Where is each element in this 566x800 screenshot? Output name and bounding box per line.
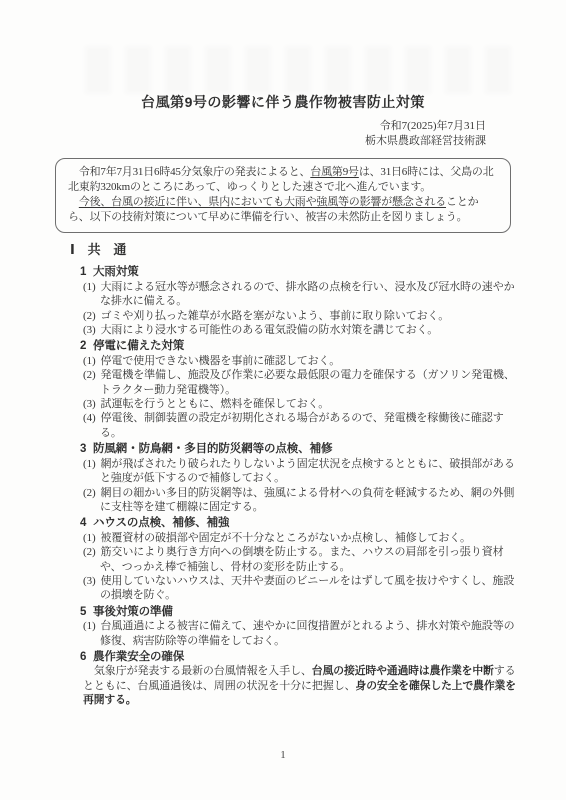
intro-paragraph-2: 今後、台風の接近に伴い、県内においても大雨や強風等の影響が懸念されることから、以… [68,195,499,225]
intro-p1-underlined: 台風第9号 [310,166,359,178]
list-item: (1)被覆資材の破損部や固定が不十分なところがないか点検し、補修しておく。 [83,531,516,545]
section-number: 6 [80,650,93,664]
item-text: 台風通過による被害に備えて、速やかに回復措置がとれるよう、排水対策や施設等の修復… [100,620,515,646]
intro-p2-indent [68,196,79,208]
item-text: 大雨により浸水する可能性のある電気設備の防水対策を講じておく。 [101,324,439,336]
item-text: 発電機を準備し、施設及び作業に必要な最低限の電力を確保する（ガソリン発電機、トラ… [100,369,515,395]
document-date: 令和7(2025)年7月31日 [0,119,486,134]
list-item: (2)網目の細かい多目的防災網等は、強風による骨材への負荷を軽減するため、網の外… [83,486,516,515]
item-text: 停電後、制御装置の設定が初期化される場合があるので、発電機を稼働後に確認する。 [100,412,504,438]
document-page: 台風第9号の影響に伴う農作物被害防止対策 令和7(2025)年7月31日 栃木県… [0,0,566,800]
section-heading-1: 1大雨対策 [80,265,516,279]
list-item: (3)試運転を行うとともに、燃料を確保しておく。 [83,397,516,411]
list-item: (2)ゴミや刈り払った雑草が水路を塞がないよう、事前に取り除いておく。 [83,309,516,323]
document-body: Ⅰ 共 通 1大雨対策 (1)大雨による冠水等が懸念されるので、排水路の点検を行… [40,243,516,708]
item-marker: (3) [83,575,96,587]
intro-p2-underlined: 今後、台風の接近に伴い、県内においても大雨や強風等の影響が懸念される [79,196,446,208]
item-marker: (2) [83,546,96,558]
item-text: 網目の細かい多目的防災網等は、強風による骨材への負荷を軽減するため、網の外側に支… [100,487,514,513]
section-heading-3: 3防風網・防鳥網・多目的防災網等の点検、補修 [80,442,516,456]
item-marker: (1) [83,532,96,544]
section-title: ハウスの点検、補修、補強 [93,517,229,529]
paragraph-bold: 台風の接近時や通過時は農作業を中断 [312,665,494,677]
list-item: (3)大雨により浸水する可能性のある電気設備の防水対策を講じておく。 [83,323,516,337]
list-item: (1)台風通過による被害に備えて、速やかに回復措置がとれるよう、排水対策や施設等… [83,619,516,648]
section-title: 事後対策の準備 [93,606,173,618]
list-item: (1)大雨による冠水等が懸念されるので、排水路の点検を行い、浸水及び冠水時の速や… [83,280,516,309]
section-title: 停電に備えた対策 [93,340,184,352]
item-marker: (3) [83,398,96,410]
section-title: 防風網・防鳥網・多目的防災網等の点検、補修 [93,443,332,455]
paragraph-text: 気象庁が発表する最新の台風情報を入手し、 [83,665,312,677]
item-marker: (2) [83,487,96,499]
intro-p1-text: 令和7年7月31日6時45分気象庁の発表によると、 [68,166,310,178]
section-title: 農作業安全の確保 [93,651,184,663]
list-item: (2)発電機を準備し、施設及び作業に必要な最低限の電力を確保する（ガソリン発電機… [83,368,516,397]
item-text: 大雨による冠水等が懸念されるので、排水路の点検を行い、浸水及び冠水時の速やかな排… [100,281,515,307]
item-text: 使用していないハウスは、天井や妻面のビニールをはずして風を抜けやすくし、施設の損… [100,575,514,601]
document-meta: 令和7(2025)年7月31日 栃木県農政部経営技術課 [0,119,486,149]
section-heading-4: 4ハウスの点検、補修、補強 [80,516,516,530]
item-marker: (1) [83,281,96,293]
intro-paragraph-1: 令和7年7月31日6時45分気象庁の発表によると、台風第9号は、31日6時には、… [68,165,499,195]
item-marker: (1) [83,620,96,632]
item-marker: (1) [83,355,96,367]
item-text: 停電で使用できない機器を事前に確認しておく。 [101,355,341,367]
item-marker: (2) [83,369,96,381]
item-marker: (1) [83,458,96,470]
section-number: 4 [80,516,93,530]
section-heading-5: 5事後対策の準備 [80,605,516,619]
item-text: 筋交いにより奥行き方向への倒壊を防止する。また、ハウスの肩部を引っ張り資材や、つ… [100,546,504,572]
section-title: 大雨対策 [93,266,139,278]
list-item: (3)使用していないハウスは、天井や妻面のビニールをはずして風を抜けやすくし、施… [83,574,516,603]
item-text: 被覆資材の破損部や固定が不十分なところがないか点検し、補修しておく。 [101,532,471,544]
item-marker: (2) [83,310,96,322]
section-number: 5 [80,605,93,619]
item-text: 網が飛ばされたり破られたりしないよう固定状況を点検するとともに、破損部があると強… [100,458,515,484]
list-item: (4)停電後、制御装置の設定が初期化される場合があるので、発電機を稼働後に確認す… [83,411,516,440]
list-item: (1)停電で使用できない機器を事前に確認しておく。 [83,354,516,368]
page-number: 1 [0,749,566,761]
section-heading-2: 2停電に備えた対策 [80,339,516,353]
intro-box: 令和7年7月31日6時45分気象庁の発表によると、台風第9号は、31日6時には、… [55,158,511,233]
document-title: 台風第9号の影響に伴う農作物被害防止対策 [0,0,566,112]
document-author: 栃木県農政部経営技術課 [0,134,486,149]
section-number: 2 [80,339,93,353]
section-heading-6: 6農作業安全の確保 [80,650,516,664]
list-item: (1)網が飛ばされたり破られたりしないよう固定状況を点検するとともに、破損部があ… [83,457,516,486]
list-item: (2)筋交いにより奥行き方向への倒壊を防止する。また、ハウスの肩部を引っ張り資材… [83,545,516,574]
item-text: ゴミや刈り払った雑草が水路を塞がないよう、事前に取り除いておく。 [101,310,450,322]
item-marker: (3) [83,324,96,336]
item-marker: (4) [83,412,96,424]
group-heading-common: Ⅰ 共 通 [70,243,516,257]
item-text: 試運転を行うとともに、燃料を確保しておく。 [101,398,330,410]
section-number: 3 [80,442,93,456]
section-paragraph: 気象庁が発表する最新の台風情報を入手し、台風の接近時や通過時は農作業を中断すると… [83,664,516,707]
section-number: 1 [80,265,93,279]
